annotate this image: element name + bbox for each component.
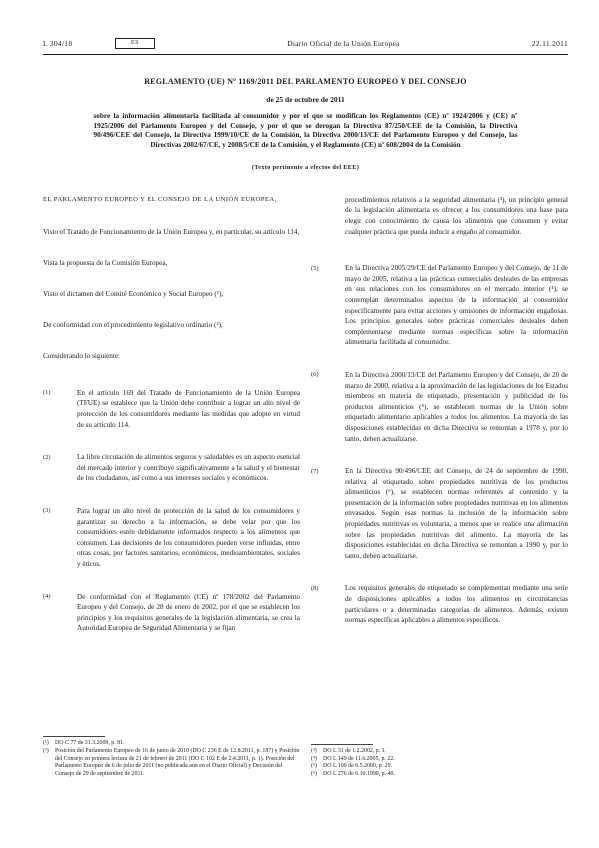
recital-text: De conformidad con el Reglamento (CE) nº… [77, 592, 300, 634]
preamble-line-considering: Considerando lo siguiente: [43, 351, 300, 361]
recital-text: En el artículo 169 del Tratado de Funcio… [77, 388, 300, 430]
footnote-text: DO L 149 de 11.6.2005, p. 22. [323, 756, 568, 764]
footnote-2: (²) Posición del Parlamento Europeo de 1… [43, 748, 300, 779]
recital-2: (2) La libre circulación de alimentos se… [43, 452, 300, 484]
recital-text: En la Directiva 90/496/CEE del Consejo, … [345, 466, 568, 561]
header-date: 22.11.2011 [532, 39, 568, 49]
recital-6: (6) En la Directiva 2000/13/CE del Parla… [311, 370, 568, 444]
recital-number: (2) [43, 452, 77, 484]
eea-relevance-note: (Texto pertinente a efectos del EEE) [43, 164, 568, 171]
footnote-5: (⁵) DO L 109 de 6.5.2000, p. 29. [311, 763, 568, 771]
header-divider [43, 54, 568, 55]
preamble-line-proposal: Vista la propuesta de la Comisión Europe… [43, 258, 300, 268]
right-column: procedimientos relativos a la seguridad … [311, 195, 568, 785]
preamble-line-procedure: De conformidad con el procedimiento legi… [43, 320, 300, 330]
recital-number: (4) [43, 592, 77, 634]
recital-number: (1) [43, 388, 77, 430]
footnote-text: DO L 109 de 6.5.2000, p. 29. [323, 763, 568, 771]
footnote-4: (⁴) DO L 149 de 11.6.2005, p. 22. [311, 756, 568, 764]
recital-8: (8) Los requisitos generales de etiqueta… [311, 583, 568, 625]
recital-7: (7) En la Directiva 90/496/CEE del Conse… [311, 466, 568, 561]
recital-text: En la Directiva 2000/13/CE del Parlament… [345, 370, 568, 444]
footnote-marker: (¹) [43, 740, 55, 748]
right-recitals: (5) En la Directiva 2005/29/CE del Parla… [311, 263, 568, 648]
language-code-badge: ES [115, 38, 155, 49]
left-footnotes: (¹) DO C 77 de 31.3.2009, p. 81. (²) Pos… [43, 736, 300, 785]
footnote-divider [311, 744, 373, 745]
recital-4: (4) De conformidad con el Reglamento (CE… [43, 592, 300, 634]
footnote-text: Posición del Parlamento Europeo de 16 de… [55, 748, 300, 779]
footnote-6: (⁶) DO L 276 de 6.10.1990, p. 40. [311, 771, 568, 779]
recital-text: En la Directiva 2005/29/CE del Parlament… [345, 263, 568, 348]
recital-number: (8) [311, 583, 345, 625]
preamble-parties: EL PARLAMENTO EUROPEO Y EL CONSEJO DE LA… [43, 195, 300, 205]
recital-number: (3) [43, 506, 77, 570]
footnote-text: DO C 77 de 31.3.2009, p. 81. [55, 740, 300, 748]
footnote-text: DO L 276 de 6.10.1990, p. 40. [323, 771, 568, 779]
footnote-marker: (³) [311, 748, 323, 756]
recital-4-continuation: procedimientos relativos a la seguridad … [345, 195, 568, 237]
regulation-title: REGLAMENTO (UE) Nº 1169/2011 DEL PARLAME… [43, 77, 568, 86]
left-column: EL PARLAMENTO EUROPEO Y EL CONSEJO DE LA… [43, 195, 300, 785]
recital-3: (3) Para lograr un alto nivel de protecc… [43, 506, 300, 570]
footnote-1: (¹) DO C 77 de 31.3.2009, p. 81. [43, 740, 300, 748]
recital-number: (7) [311, 466, 345, 561]
preamble-line-treaty: Visto el Tratado de Funcionamiento de la… [43, 227, 300, 237]
two-column-body: EL PARLAMENTO EUROPEO Y EL CONSEJO DE LA… [43, 195, 568, 785]
footnote-marker: (⁵) [311, 763, 323, 771]
recital-1: (1) En el artículo 169 del Tratado de Fu… [43, 388, 300, 430]
recital-text: Para lograr un alto nivel de protección … [77, 506, 300, 570]
left-recitals: (1) En el artículo 169 del Tratado de Fu… [43, 388, 300, 656]
recital-text: Los requisitos generales de etiquetado s… [345, 583, 568, 625]
official-journal-page: L 304/18 ES Diario Oficial de la Unión E… [0, 0, 599, 848]
header-page-number: L 304/18 [43, 39, 115, 49]
preamble-line-opinion: Visto el dictamen del Comité Económico y… [43, 289, 300, 299]
right-footnotes: (³) DO L 31 de 1.2.2002, p. 1. (⁴) DO L … [311, 744, 568, 785]
journal-title: Diario Oficial de la Unión Europea [155, 39, 532, 49]
recital-number: (6) [311, 370, 345, 444]
footnote-text: DO L 31 de 1.2.2002, p. 1. [323, 748, 568, 756]
footnote-marker: (²) [43, 748, 55, 779]
page-header: L 304/18 ES Diario Oficial de la Unión E… [43, 38, 568, 49]
recital-text: La libre circulación de alimentos seguro… [77, 452, 300, 484]
footnote-3: (³) DO L 31 de 1.2.2002, p. 1. [311, 748, 568, 756]
recital-number: (5) [311, 263, 345, 348]
recital-5: (5) En la Directiva 2005/29/CE del Parla… [311, 263, 568, 348]
regulation-subject: sobre la información alimentaria facilit… [94, 112, 518, 151]
footnote-marker: (⁶) [311, 771, 323, 779]
footnote-divider [43, 736, 105, 737]
regulation-date-line: de 25 de octubre de 2011 [43, 95, 568, 104]
